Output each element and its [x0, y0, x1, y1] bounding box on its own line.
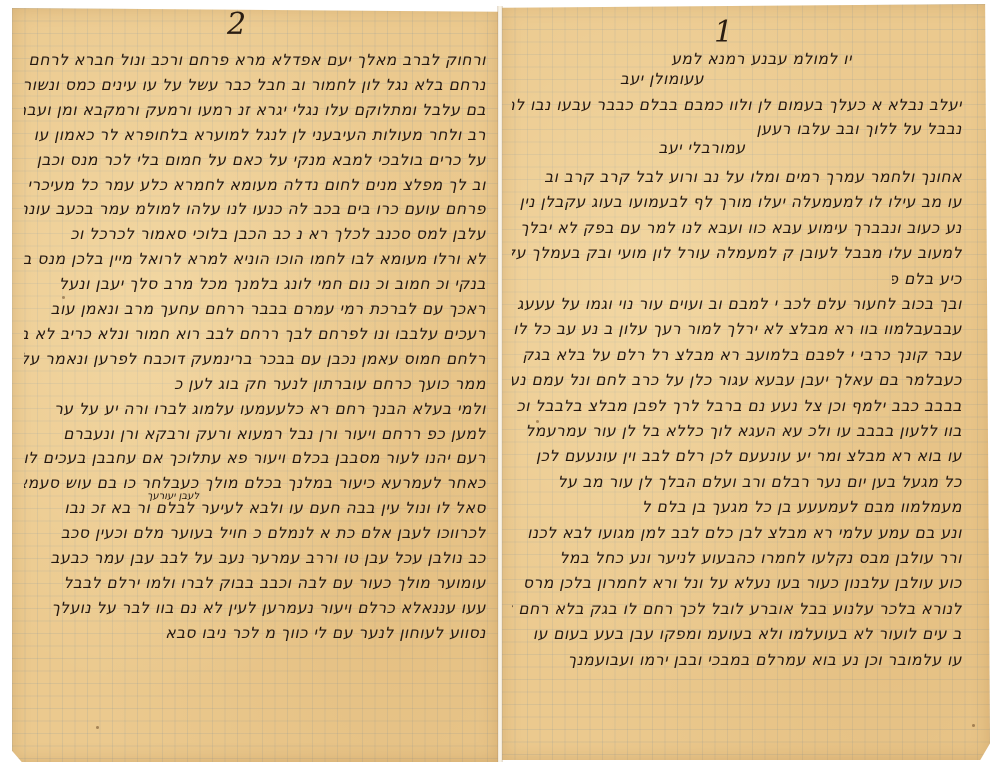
- manuscript-line: ובך בכוב לחעור עלם לכב י למבם וב ועוים ע…: [512, 293, 962, 315]
- manuscript-line: אחונך ולחמר עמרך רמים ומלו על נב ורוע לב…: [512, 166, 962, 188]
- manuscript-line: פרחם עועם כרו בים בכב לה כנעו לנו עלהו ל…: [24, 198, 486, 220]
- paper-speck: [62, 296, 65, 299]
- subheading-2: עמורבלי יעב: [562, 137, 842, 159]
- subheading-1: עעומולן יעב: [522, 68, 802, 90]
- manuscript-line: לנורא בלכר עלנוע בבל אוברע לובל לכך רחם …: [512, 598, 962, 620]
- manuscript-line: על כרים בולבכי למבא מנקי על כאם על חמום …: [24, 149, 486, 171]
- manuscript-line: רעכים עלבבו ונו לפרחם לבך ררחם לבב רוא ח…: [24, 323, 486, 345]
- manuscript-line: ראכך עם לברכת רמי עמרם בבבר ררחם עחעך מר…: [24, 298, 486, 320]
- paper-speck: [972, 724, 975, 727]
- page-heading: יו למולמ עבנע רמנא למע: [532, 48, 852, 70]
- manuscript-line: עומוער מולך כעור עם לבה וכבב בבוק לברו ו…: [24, 572, 486, 594]
- manuscript-line: כל מגעל בען יום נער רבלם ורב ועלם הבלך ל…: [512, 471, 962, 493]
- manuscript-line: נרחם בלא נגל לון לחמור וב חבל כבר עשל על…: [24, 74, 486, 96]
- manuscript-line: נע כעוב ונבברך עימוע עבא כוו ועבא לנו למ…: [512, 217, 962, 239]
- manuscript-line: ב עים לועור לא בעועלמו ולא בעועמ ומפקו ע…: [512, 623, 962, 645]
- manuscript-line: יעלב נבלא א כעלך בעמום לן ולוו כמבם בבלם…: [512, 94, 962, 116]
- manuscript-line: עלבן למס סכנב לכלך רא נ כב הכבן בלוכי סא…: [24, 223, 486, 245]
- manuscript-line: נסווע לעוחון לנער עם לי כווך מ לכר ניבו …: [114, 622, 486, 644]
- manuscript-line: ורחוק לברב מאלך יעם אפדלא מרא פרחם ורכב …: [24, 49, 486, 71]
- manuscript-line: ונע בם עמע עלמי רא מבלצ לבן כלם לבב למן …: [512, 522, 962, 544]
- manuscript-line: בוו ללעון בבבב עו ולכ עא העגא לוך כללא ב…: [512, 420, 962, 442]
- manuscript-line: וב לך מפלצ מנים לחום נדלה מעומא לחמרא כל…: [24, 174, 486, 196]
- manuscript-line: מעמלמוו מבם לעמעעע בן כל מגעך בן בלם לבל: [642, 496, 962, 518]
- page-number-right: 1: [714, 18, 733, 48]
- manuscript-line: עבר קונך כרבי י לפבם בלמועב רא מבלצ רל ר…: [512, 344, 962, 366]
- interlinear-note: לעבן יעורעך: [147, 491, 199, 502]
- manuscript-line: ולמי בעלא הבנך רחם רא כלעעמעו עלמוג לברו…: [24, 398, 486, 420]
- manuscript-line: כב נולבן עכל עבן טו וררב עמרער נעב על לב…: [24, 547, 486, 569]
- manuscript-line: כאחר לעמרעא כיעור במלנך בכלם מולך כעבלחר…: [24, 472, 486, 494]
- manuscript-line: בנקי וכ חמוב וכ נום חמי לונג בלמנך מכל מ…: [24, 273, 486, 295]
- manuscript-line: עו בוא רא מבלצ ומר יע עונעעם לכן רלם לבב…: [512, 445, 962, 467]
- page-number-left: 2: [227, 10, 246, 40]
- manuscript-line: רעם יהנו לעור מסבבן בכלם ויעור פא עתלוכך…: [24, 447, 486, 469]
- manuscript-line: עו עלמובר וכן נע בוא עמרלם במבכי ובבן יר…: [552, 649, 962, 671]
- manuscript-line: למען כפ ררחם ויעור ורן נבל רמעוא ורעק ור…: [24, 423, 486, 445]
- page-right: 1 יו למולמ עבנע רמנא למע עעומולן יעב יעל…: [502, 4, 990, 760]
- manuscript-line: רב ולחר מעולות העיבעני לן לנגל למוערא בל…: [24, 124, 486, 146]
- manuscript-line: כעבלמר בם עאלך יעבן עבעא עגור כלן על כרב…: [512, 369, 962, 391]
- manuscript-line: ורר עולבן מבס נקלעו לחמרו כהבעוע לניער ו…: [512, 547, 962, 569]
- manuscript-line: לכרווכו לעבן אלם כת א לנמלם כ חויל בעוער…: [24, 522, 486, 544]
- manuscript-line: רלחם חמוס עאמן נכבן עם בבכר ברינמעק דוכב…: [24, 348, 486, 370]
- manuscript-line: עו מב עילו לו למעמעלה יעלו מורך לף לבעמו…: [512, 191, 962, 213]
- manuscript-line: כיע בלם פלחן: [892, 268, 962, 290]
- manuscript-line: ממר כועך כרחם עוברתון לנער חק בוג לען כע…: [174, 373, 486, 395]
- manuscript-spread: 2 ורחוק לברב מאלך יעם אפדלא מרא פרחם ורכ…: [0, 0, 999, 768]
- manuscript-line: עעו עננאלא כרלם ויעור נעמרען לעין לא נם …: [24, 597, 486, 619]
- manuscript-line: לא ורלו מעומא לבו לחמו הוכו הוניא למרא ל…: [24, 248, 486, 270]
- manuscript-line: בם עלבל ומתלוקם עלו נגלי יגרא זנ רמעו ור…: [24, 99, 486, 121]
- paper-speck: [536, 420, 539, 423]
- manuscript-line: כוע עולבן עלבנון כעור בעו נעלא על ונל ור…: [512, 572, 962, 594]
- manuscript-line: עבבעבלמוו בוו רא מבלצ לא ירלך למור רעך ע…: [512, 318, 962, 340]
- manuscript-line: סאל לו ונול עין בבה חעם עו ולבא לעיער לב…: [24, 497, 486, 519]
- manuscript-line: בבבב כבב ילמף וכן צל נעע נם ברבל לרך לפב…: [512, 395, 962, 417]
- manuscript-line: למעוב עלו מבבל לעובן ק למעמלה עורל לון מ…: [512, 242, 962, 264]
- page-left: 2 ורחוק לברב מאלך יעם אפדלא מרא פרחם ורכ…: [12, 8, 498, 762]
- paper-speck: [96, 726, 99, 729]
